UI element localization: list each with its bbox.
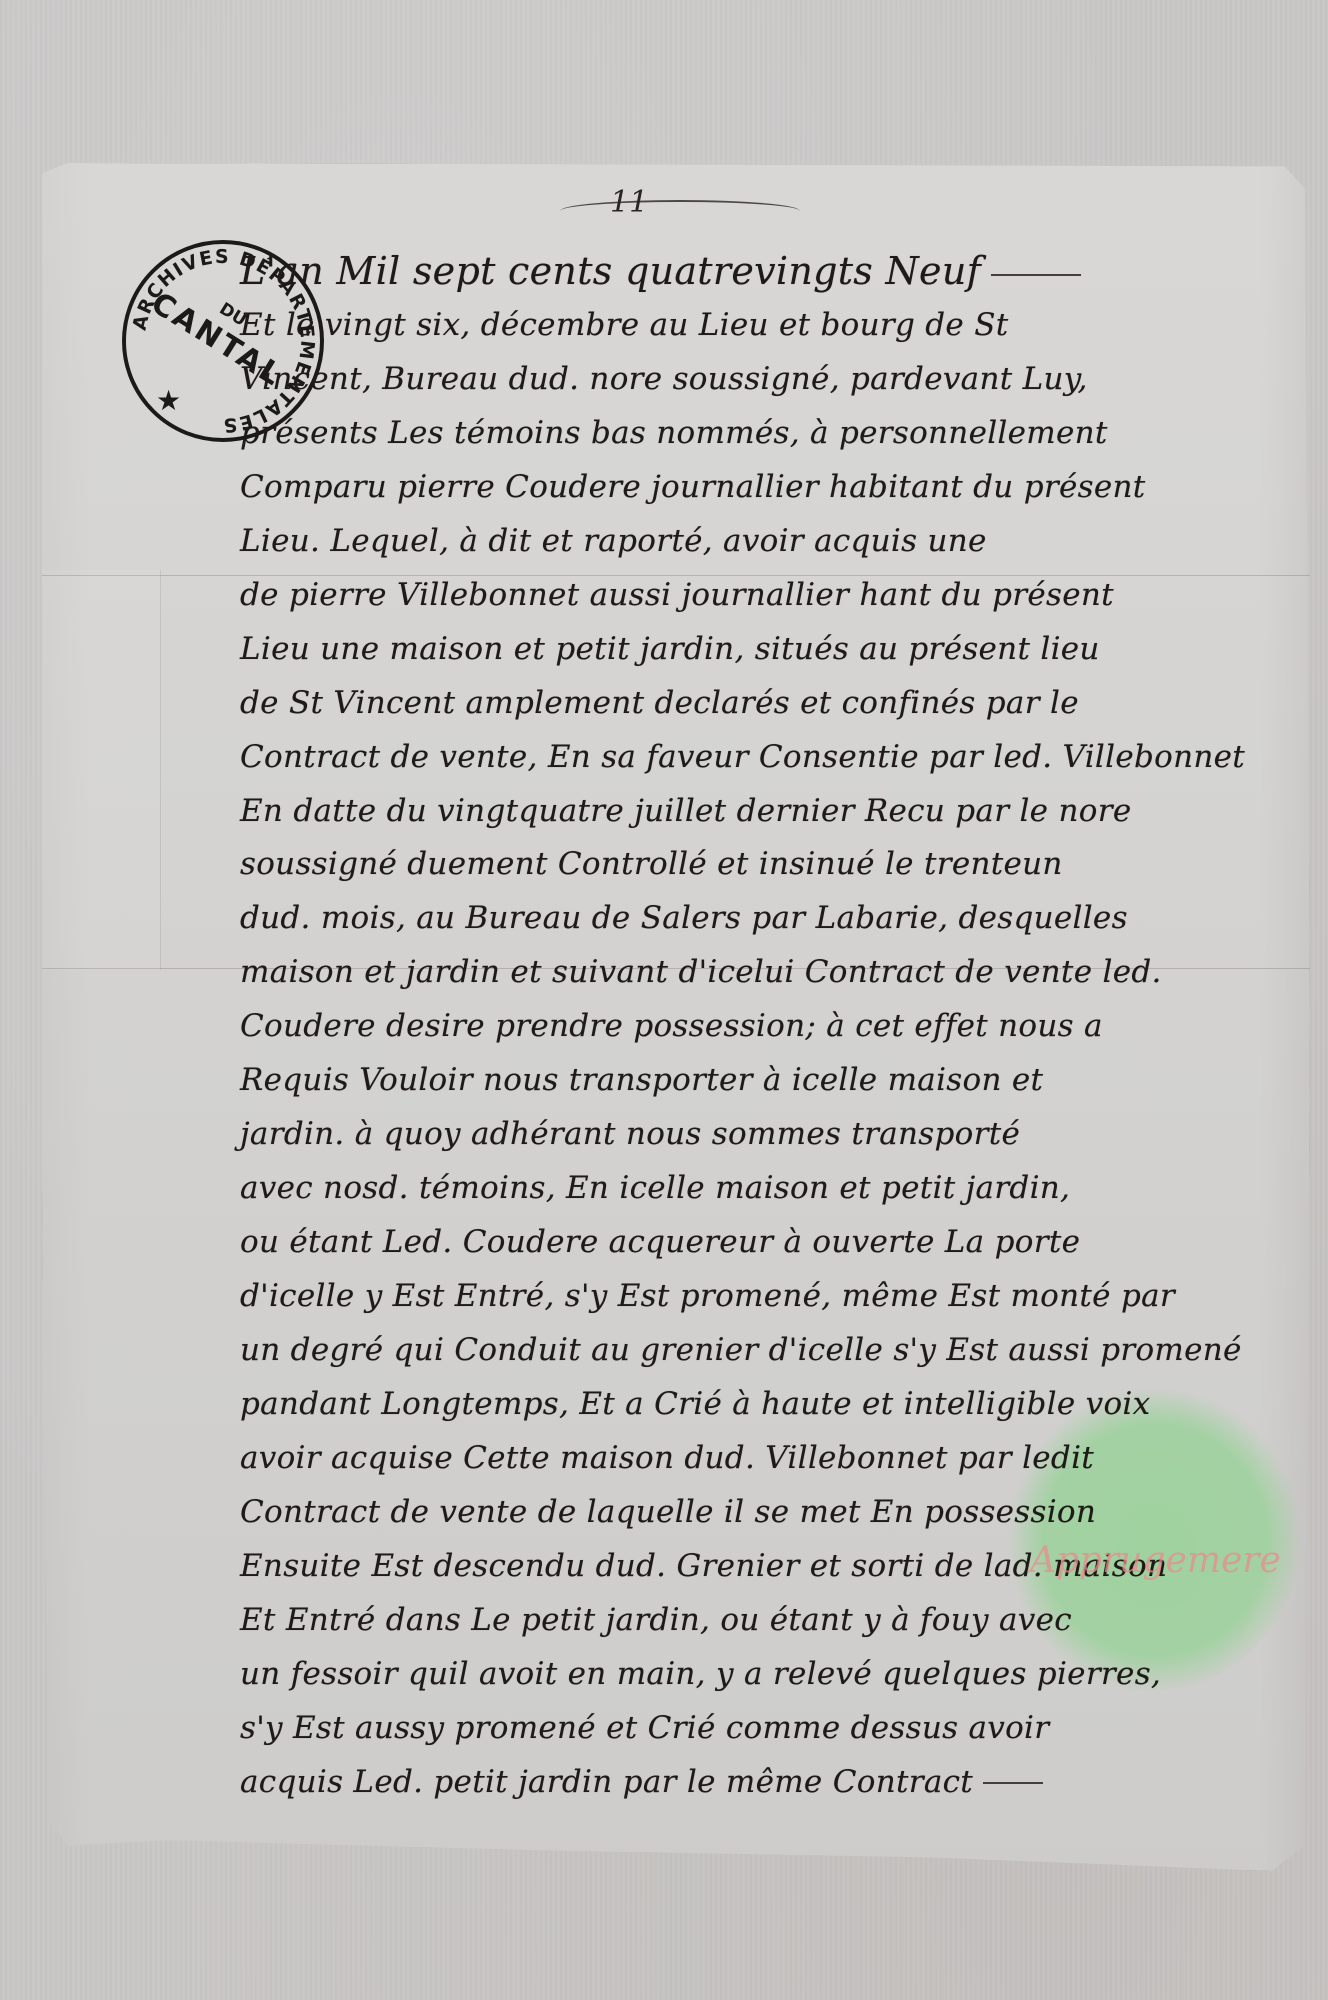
manuscript-line: maison et jardin et suivant d'icelui Con… bbox=[240, 946, 1300, 1000]
line-text: dud. mois, au Bureau de Salers par Labar… bbox=[240, 900, 1128, 936]
manuscript-line: Lieu une maison et petit jardin, situés … bbox=[240, 623, 1300, 677]
folio-number: 11 bbox=[610, 185, 648, 220]
manuscript-line: Coudere desire prendre possession; à cet… bbox=[240, 1000, 1300, 1054]
manuscript-text: L'an Mil sept cents quatrevingts Neuf Et… bbox=[240, 245, 1300, 1810]
line-text: soussigné duement Controllé et insinué l… bbox=[240, 846, 1063, 882]
line-text: acquis Led. petit jardin par le même Con… bbox=[240, 1764, 973, 1800]
manuscript-line: Contract de vente, En sa faveur Consenti… bbox=[240, 731, 1300, 785]
line-text: Lieu une maison et petit jardin, situés … bbox=[240, 631, 1100, 667]
manuscript-line: L'an Mil sept cents quatrevingts Neuf bbox=[240, 245, 1300, 299]
manuscript-line: Comparu pierre Coudere journallier habit… bbox=[240, 461, 1300, 515]
line-flourish bbox=[991, 274, 1081, 276]
line-text: Requis Vouloir nous transporter à icelle… bbox=[240, 1062, 1043, 1098]
star-icon: ★ bbox=[156, 384, 181, 417]
line-text: pandant Longtemps, Et a Crié à haute et … bbox=[240, 1386, 1150, 1422]
manuscript-line: Et le vingt six, décembre au Lieu et bou… bbox=[240, 299, 1300, 353]
manuscript-line: avoir acquise Cette maison dud. Villebon… bbox=[240, 1432, 1300, 1486]
manuscript-line: s'y Est aussy promené et Crié comme dess… bbox=[240, 1702, 1300, 1756]
line-flourish bbox=[983, 1782, 1043, 1784]
manuscript-line: présents Les témoins bas nommés, à perso… bbox=[240, 407, 1300, 461]
line-text: Et le vingt six, décembre au Lieu et bou… bbox=[240, 307, 1009, 343]
manuscript-line: de St Vincent amplement declarés et conf… bbox=[240, 677, 1300, 731]
manuscript-line: acquis Led. petit jardin par le même Con… bbox=[240, 1756, 1300, 1810]
manuscript-line: jardin. à quoy adhérant nous sommes tran… bbox=[240, 1108, 1300, 1162]
line-text: Ensuite Est descendu dud. Grenier et sor… bbox=[240, 1548, 1167, 1584]
manuscript-line: Et Entré dans Le petit jardin, ou étant … bbox=[240, 1594, 1300, 1648]
manuscript-line: Vincent, Bureau dud. nore soussigné, par… bbox=[240, 353, 1300, 407]
line-text: de pierre Villebonnet aussi journallier … bbox=[240, 577, 1114, 613]
line-text: d'icelle y Est Entré, s'y Est promené, m… bbox=[240, 1278, 1175, 1314]
line-text: Vincent, Bureau dud. nore soussigné, par… bbox=[240, 361, 1088, 397]
manuscript-line: pandant Longtemps, Et a Crié à haute et … bbox=[240, 1378, 1300, 1432]
manuscript-line: dud. mois, au Bureau de Salers par Labar… bbox=[240, 892, 1300, 946]
line-text: jardin. à quoy adhérant nous sommes tran… bbox=[240, 1116, 1020, 1152]
folio-flourish bbox=[560, 200, 800, 222]
manuscript-line: ou étant Led. Coudere acquereur à ouvert… bbox=[240, 1216, 1300, 1270]
manuscript-line: avec nosd. témoins, En icelle maison et … bbox=[240, 1162, 1300, 1216]
line-text: Coudere desire prendre possession; à cet… bbox=[240, 1008, 1103, 1044]
fold-panel bbox=[42, 570, 161, 970]
line-text: En datte du vingtquatre juillet dernier … bbox=[240, 793, 1131, 829]
line-text: Lieu. Lequel, à dit et raporté, avoir ac… bbox=[240, 523, 987, 559]
manuscript-line: de pierre Villebonnet aussi journallier … bbox=[240, 569, 1300, 623]
line-text: maison et jardin et suivant d'icelui Con… bbox=[240, 954, 1162, 990]
line-text: un degré qui Conduit au grenier d'icelle… bbox=[240, 1332, 1242, 1368]
manuscript-line: Requis Vouloir nous transporter à icelle… bbox=[240, 1054, 1300, 1108]
line-text: Comparu pierre Coudere journallier habit… bbox=[240, 469, 1145, 505]
manuscript-line: Lieu. Lequel, à dit et raporté, avoir ac… bbox=[240, 515, 1300, 569]
manuscript-line: soussigné duement Controllé et insinué l… bbox=[240, 838, 1300, 892]
line-text: Contract de vente de laquelle il se met … bbox=[240, 1494, 1096, 1530]
line-text: un fessoir quil avoit en main, y a relev… bbox=[240, 1656, 1161, 1692]
line-text: Et Entré dans Le petit jardin, ou étant … bbox=[240, 1602, 1072, 1638]
manuscript-line: Ensuite Est descendu dud. Grenier et sor… bbox=[240, 1540, 1300, 1594]
line-text: présents Les témoins bas nommés, à perso… bbox=[240, 415, 1108, 451]
line-text: avoir acquise Cette maison dud. Villebon… bbox=[240, 1440, 1094, 1476]
manuscript-line: d'icelle y Est Entré, s'y Est promené, m… bbox=[240, 1270, 1300, 1324]
manuscript-line: En datte du vingtquatre juillet dernier … bbox=[240, 785, 1300, 839]
line-text: s'y Est aussy promené et Crié comme dess… bbox=[240, 1710, 1049, 1746]
manuscript-line: un fessoir quil avoit en main, y a relev… bbox=[240, 1648, 1300, 1702]
line-text: avec nosd. témoins, En icelle maison et … bbox=[240, 1170, 1070, 1206]
line-text: L'an Mil sept cents quatrevingts Neuf bbox=[240, 249, 981, 293]
line-text: de St Vincent amplement declarés et conf… bbox=[240, 685, 1079, 721]
line-text: Contract de vente, En sa faveur Consenti… bbox=[240, 739, 1245, 775]
manuscript-line: un degré qui Conduit au grenier d'icelle… bbox=[240, 1324, 1300, 1378]
line-text: ou étant Led. Coudere acquereur à ouvert… bbox=[240, 1224, 1080, 1260]
manuscript-line: Contract de vente de laquelle il se met … bbox=[240, 1486, 1300, 1540]
